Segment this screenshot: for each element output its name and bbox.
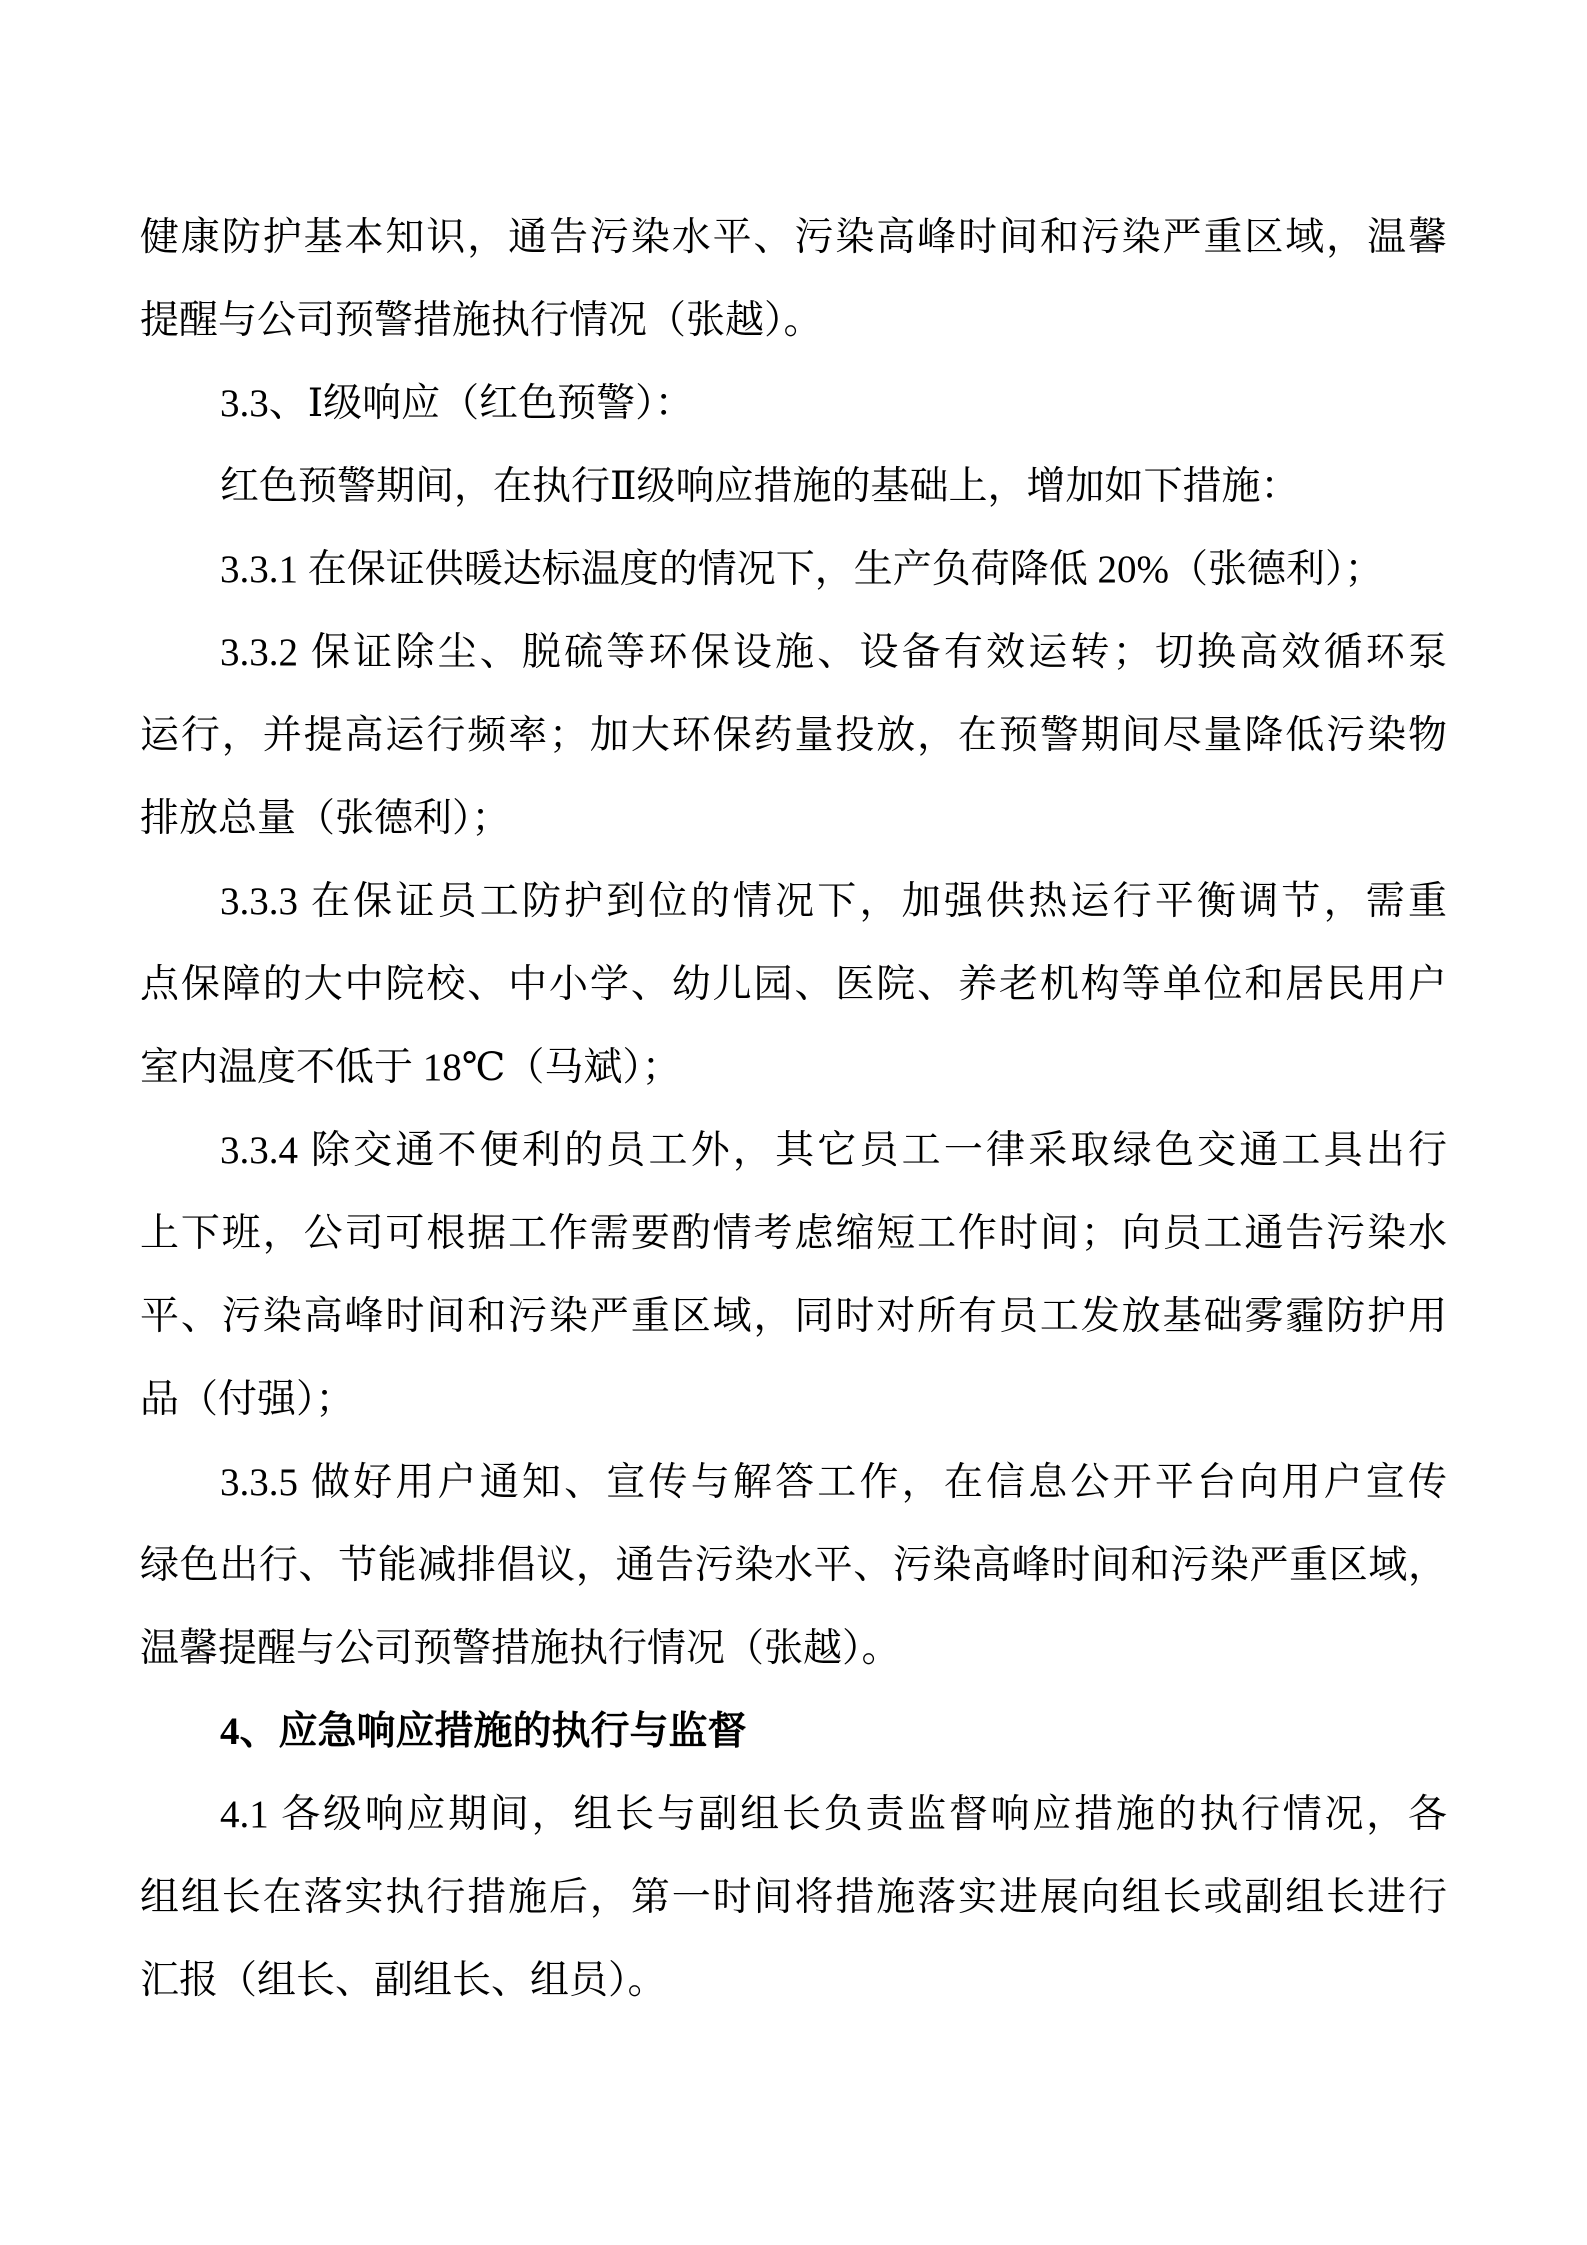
para-4-1-line-3: 汇报（组长、副组长、组员）。 — [140, 1939, 1447, 2022]
para-3-3-5-line-2: 绿色出行、节能减排倡议，通告污染水平、污染高峰时间和污染严重区域， — [140, 1524, 1447, 1607]
para-4-1-line-2: 组组长在落实执行措施后，第一时间将措施落实进展向组长或副组长进行 — [140, 1856, 1447, 1939]
para-3-2-5-continuation-line-1: 健康防护基本知识，通告污染水平、污染高峰时间和污染严重区域，温馨 — [140, 196, 1447, 279]
para-3-3-5-line-3: 温馨提醒与公司预警措施执行情况（张越）。 — [140, 1607, 1447, 1690]
para-3-3-2-line-3: 排放总量（张德利）； — [140, 777, 1447, 860]
para-3-3-4-line-1: 3.3.4 除交通不便利的员工外，其它员工一律采取绿色交通工具出行 — [140, 1109, 1447, 1192]
para-3-3-5-line-1: 3.3.5 做好用户通知、宣传与解答工作，在信息公开平台向用户宣传 — [140, 1441, 1447, 1524]
para-3-3-1: 3.3.1 在保证供暖达标温度的情况下，生产负荷降低 20%（张德利）； — [140, 528, 1447, 611]
para-3-3-3-line-1: 3.3.3 在保证员工防护到位的情况下，加强供热运行平衡调节，需重 — [140, 860, 1447, 943]
para-3-3-2-line-2: 运行，并提高运行频率；加大环保药量投放，在预警期间尽量降低污染物 — [140, 694, 1447, 777]
para-3-3-3-line-3: 室内温度不低于 18℃（马斌）； — [140, 1026, 1447, 1109]
para-3-3-4-line-2: 上下班，公司可根据工作需要酌情考虑缩短工作时间；向员工通告污染水 — [140, 1192, 1447, 1275]
para-3-3-3-line-2: 点保障的大中院校、中小学、幼儿园、医院、养老机构等单位和居民用户 — [140, 943, 1447, 1026]
heading-4-execution-supervision: 4、应急响应措施的执行与监督 — [140, 1690, 1447, 1773]
heading-3-3-level1-response: 3.3、Ⅰ级响应（红色预警）： — [140, 362, 1447, 445]
para-3-2-5-continuation-line-2: 提醒与公司预警措施执行情况（张越）。 — [140, 279, 1447, 362]
para-3-3-4-line-4: 品（付强）； — [140, 1358, 1447, 1441]
para-3-3-2-line-1: 3.3.2 保证除尘、脱硫等环保设施、设备有效运转；切换高效循环泵 — [140, 611, 1447, 694]
para-3-3-4-line-3: 平、污染高峰时间和污染严重区域，同时对所有员工发放基础雾霾防护用 — [140, 1275, 1447, 1358]
para-4-1-line-1: 4.1 各级响应期间，组长与副组长负责监督响应措施的执行情况，各 — [140, 1773, 1447, 1856]
para-red-alert-intro: 红色预警期间，在执行Ⅱ级响应措施的基础上，增加如下措施： — [140, 445, 1447, 528]
document-page: 健康防护基本知识，通告污染水平、污染高峰时间和污染严重区域，温馨 提醒与公司预警… — [0, 0, 1587, 2245]
